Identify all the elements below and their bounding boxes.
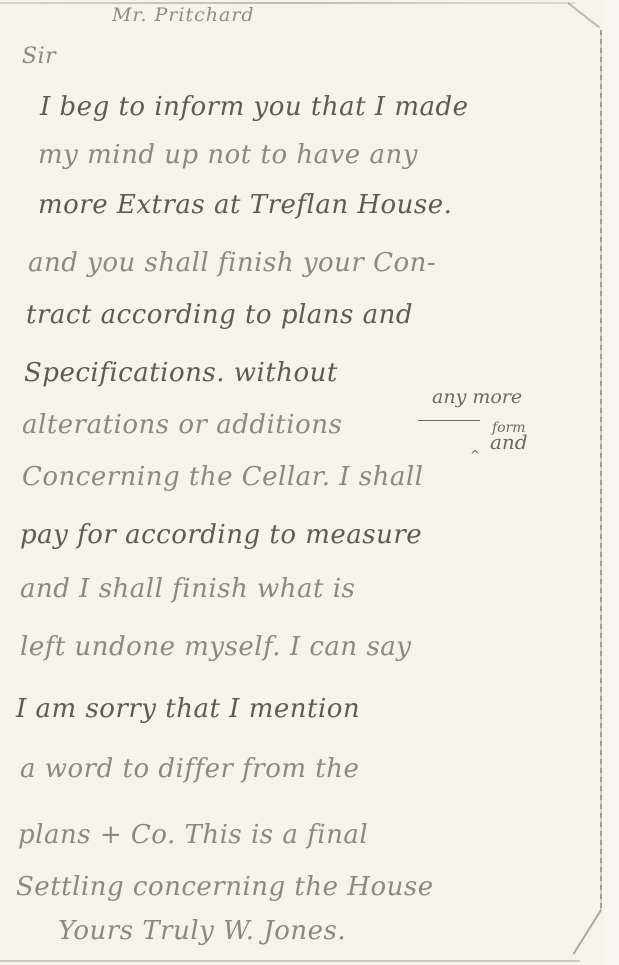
paper-top-edge — [0, 2, 575, 4]
insertion-caret-icon: ^ — [470, 448, 480, 462]
paper-corner-top-right — [567, 2, 600, 28]
letter-line-1: I beg to inform you that I made — [40, 92, 469, 122]
letter-line-13: a word to differ from the — [20, 754, 359, 784]
letter-line-11: left undone myself. I can say — [20, 632, 411, 662]
letter-line-14: plans + Co. This is a final — [18, 820, 368, 850]
letter-page: Mr. Pritchard Sir I beg to inform you th… — [0, 0, 619, 965]
letter-line-12: I am sorry that I mention — [16, 694, 360, 724]
letter-line-7: alterations or additions — [22, 410, 342, 440]
letter-line-9: pay for according to measure — [20, 520, 422, 550]
struck-word-stroke — [418, 420, 480, 421]
letter-line-6: Specifications. without — [24, 358, 338, 388]
letter-line-10: and I shall finish what is — [20, 574, 355, 604]
insertion-any-more: any more — [432, 386, 522, 408]
letter-line-15: Settling concerning the House — [16, 872, 434, 902]
background-outside-paper — [603, 0, 619, 965]
paper-bottom-edge — [0, 960, 580, 962]
paper-right-edge — [600, 30, 602, 910]
letter-line-4: and you shall finish your Con- — [28, 248, 436, 278]
letter-line-2: my mind up not to have any — [38, 140, 418, 170]
salutation: Sir — [22, 44, 56, 69]
insertion-and: and — [490, 430, 528, 454]
letter-line-8: Concerning the Cellar. I shall — [22, 462, 424, 492]
letter-line-3: more Extras at Treflan House. — [38, 190, 452, 220]
addressee: Mr. Pritchard — [112, 4, 255, 26]
paper-corner-bottom-right — [573, 909, 602, 954]
letter-line-5: tract according to plans and — [26, 300, 413, 330]
closing-signature: Yours Truly W. Jones. — [58, 916, 346, 946]
